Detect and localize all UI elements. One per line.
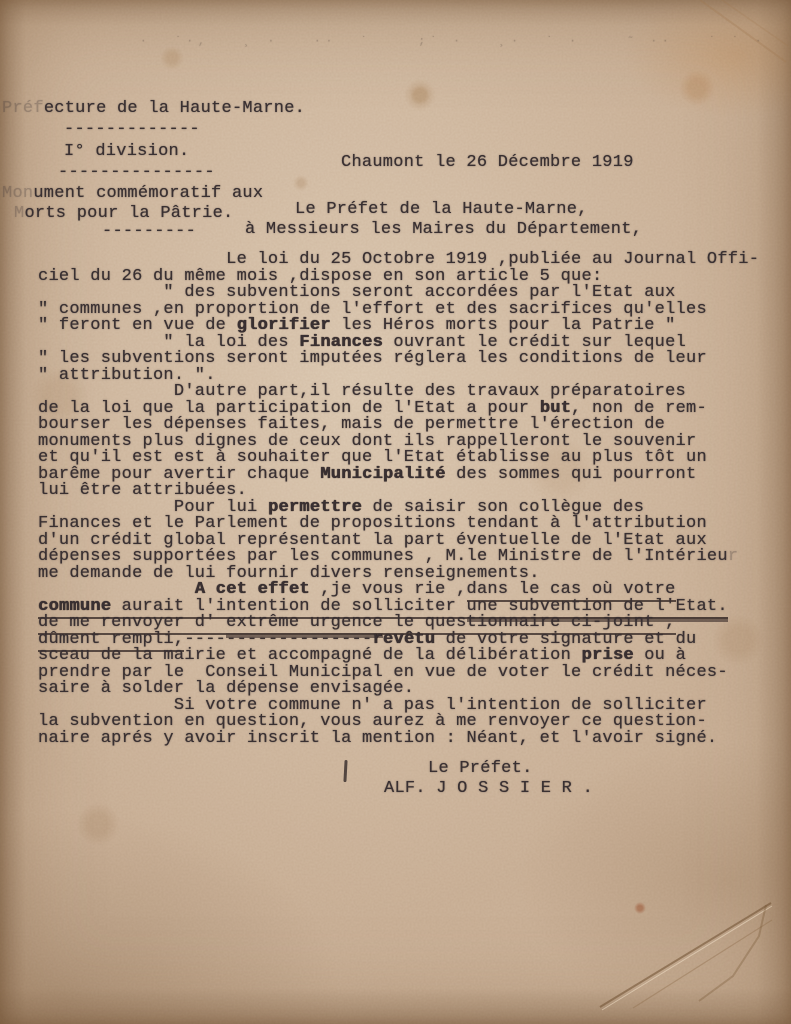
dashed-rule: --------- [102, 224, 196, 241]
ghost-type-marks: · ˙·, ¸ · ·· ˙ ;˙ · ¸· ˙ · ˜ ·· ˙ ˙ · ¨ … [140, 36, 680, 48]
text-segment: Préf [2, 99, 44, 118]
dashed-rule: --------------- [58, 165, 215, 182]
prefecture-line: Préfecture de la Haute-Marne. [2, 101, 305, 118]
body-line: naire aprés y avoir inscrit la mention :… [38, 731, 759, 748]
text-segment: Mon [2, 184, 33, 203]
subject-line: Monument commémoratif aux [2, 186, 263, 203]
signature-name: ALF. J O S S I E R . [384, 781, 593, 798]
text-segment: I° division. [64, 142, 189, 161]
dashed-rule: ------------- [64, 122, 200, 139]
letter-body: Le loi du 25 Octobre 1919 ,publiée au Jo… [38, 252, 759, 747]
salutation: à Messieurs les Maires du Département, [245, 222, 642, 239]
signature-title: Le Préfet. [428, 761, 533, 778]
text-segment: des sommes qui pourront [446, 465, 697, 484]
text-segment: r [728, 547, 738, 566]
text-segment: ------------- [64, 120, 200, 139]
text-segment: Municipalité [320, 465, 445, 484]
text-segment: ecture de la Haute-Marne. [44, 99, 305, 118]
text-segment: orts pour la Pâtrie. [24, 204, 233, 223]
scanned-letter-page: · ˙·, ¸ · ·· ˙ ;˙ · ¸· ˙ · ˜ ·· ˙ ˙ · ¨ … [0, 0, 791, 1024]
text-segment: --------------- [58, 163, 215, 182]
text-segment: naire aprés y avoir inscrit la mention :… [38, 729, 717, 748]
text-segment: --------- [102, 222, 196, 241]
text-segment: ument commémoratif aux [33, 184, 263, 203]
subject-line: Morts pour la Pâtrie. [14, 206, 234, 223]
text-segment: M [14, 204, 24, 223]
division-line: I° division. [64, 144, 189, 161]
dateline: Chaumont le 26 Décembre 1919 [341, 155, 634, 172]
salutation: Le Préfet de la Haute-Marne, [295, 202, 588, 219]
